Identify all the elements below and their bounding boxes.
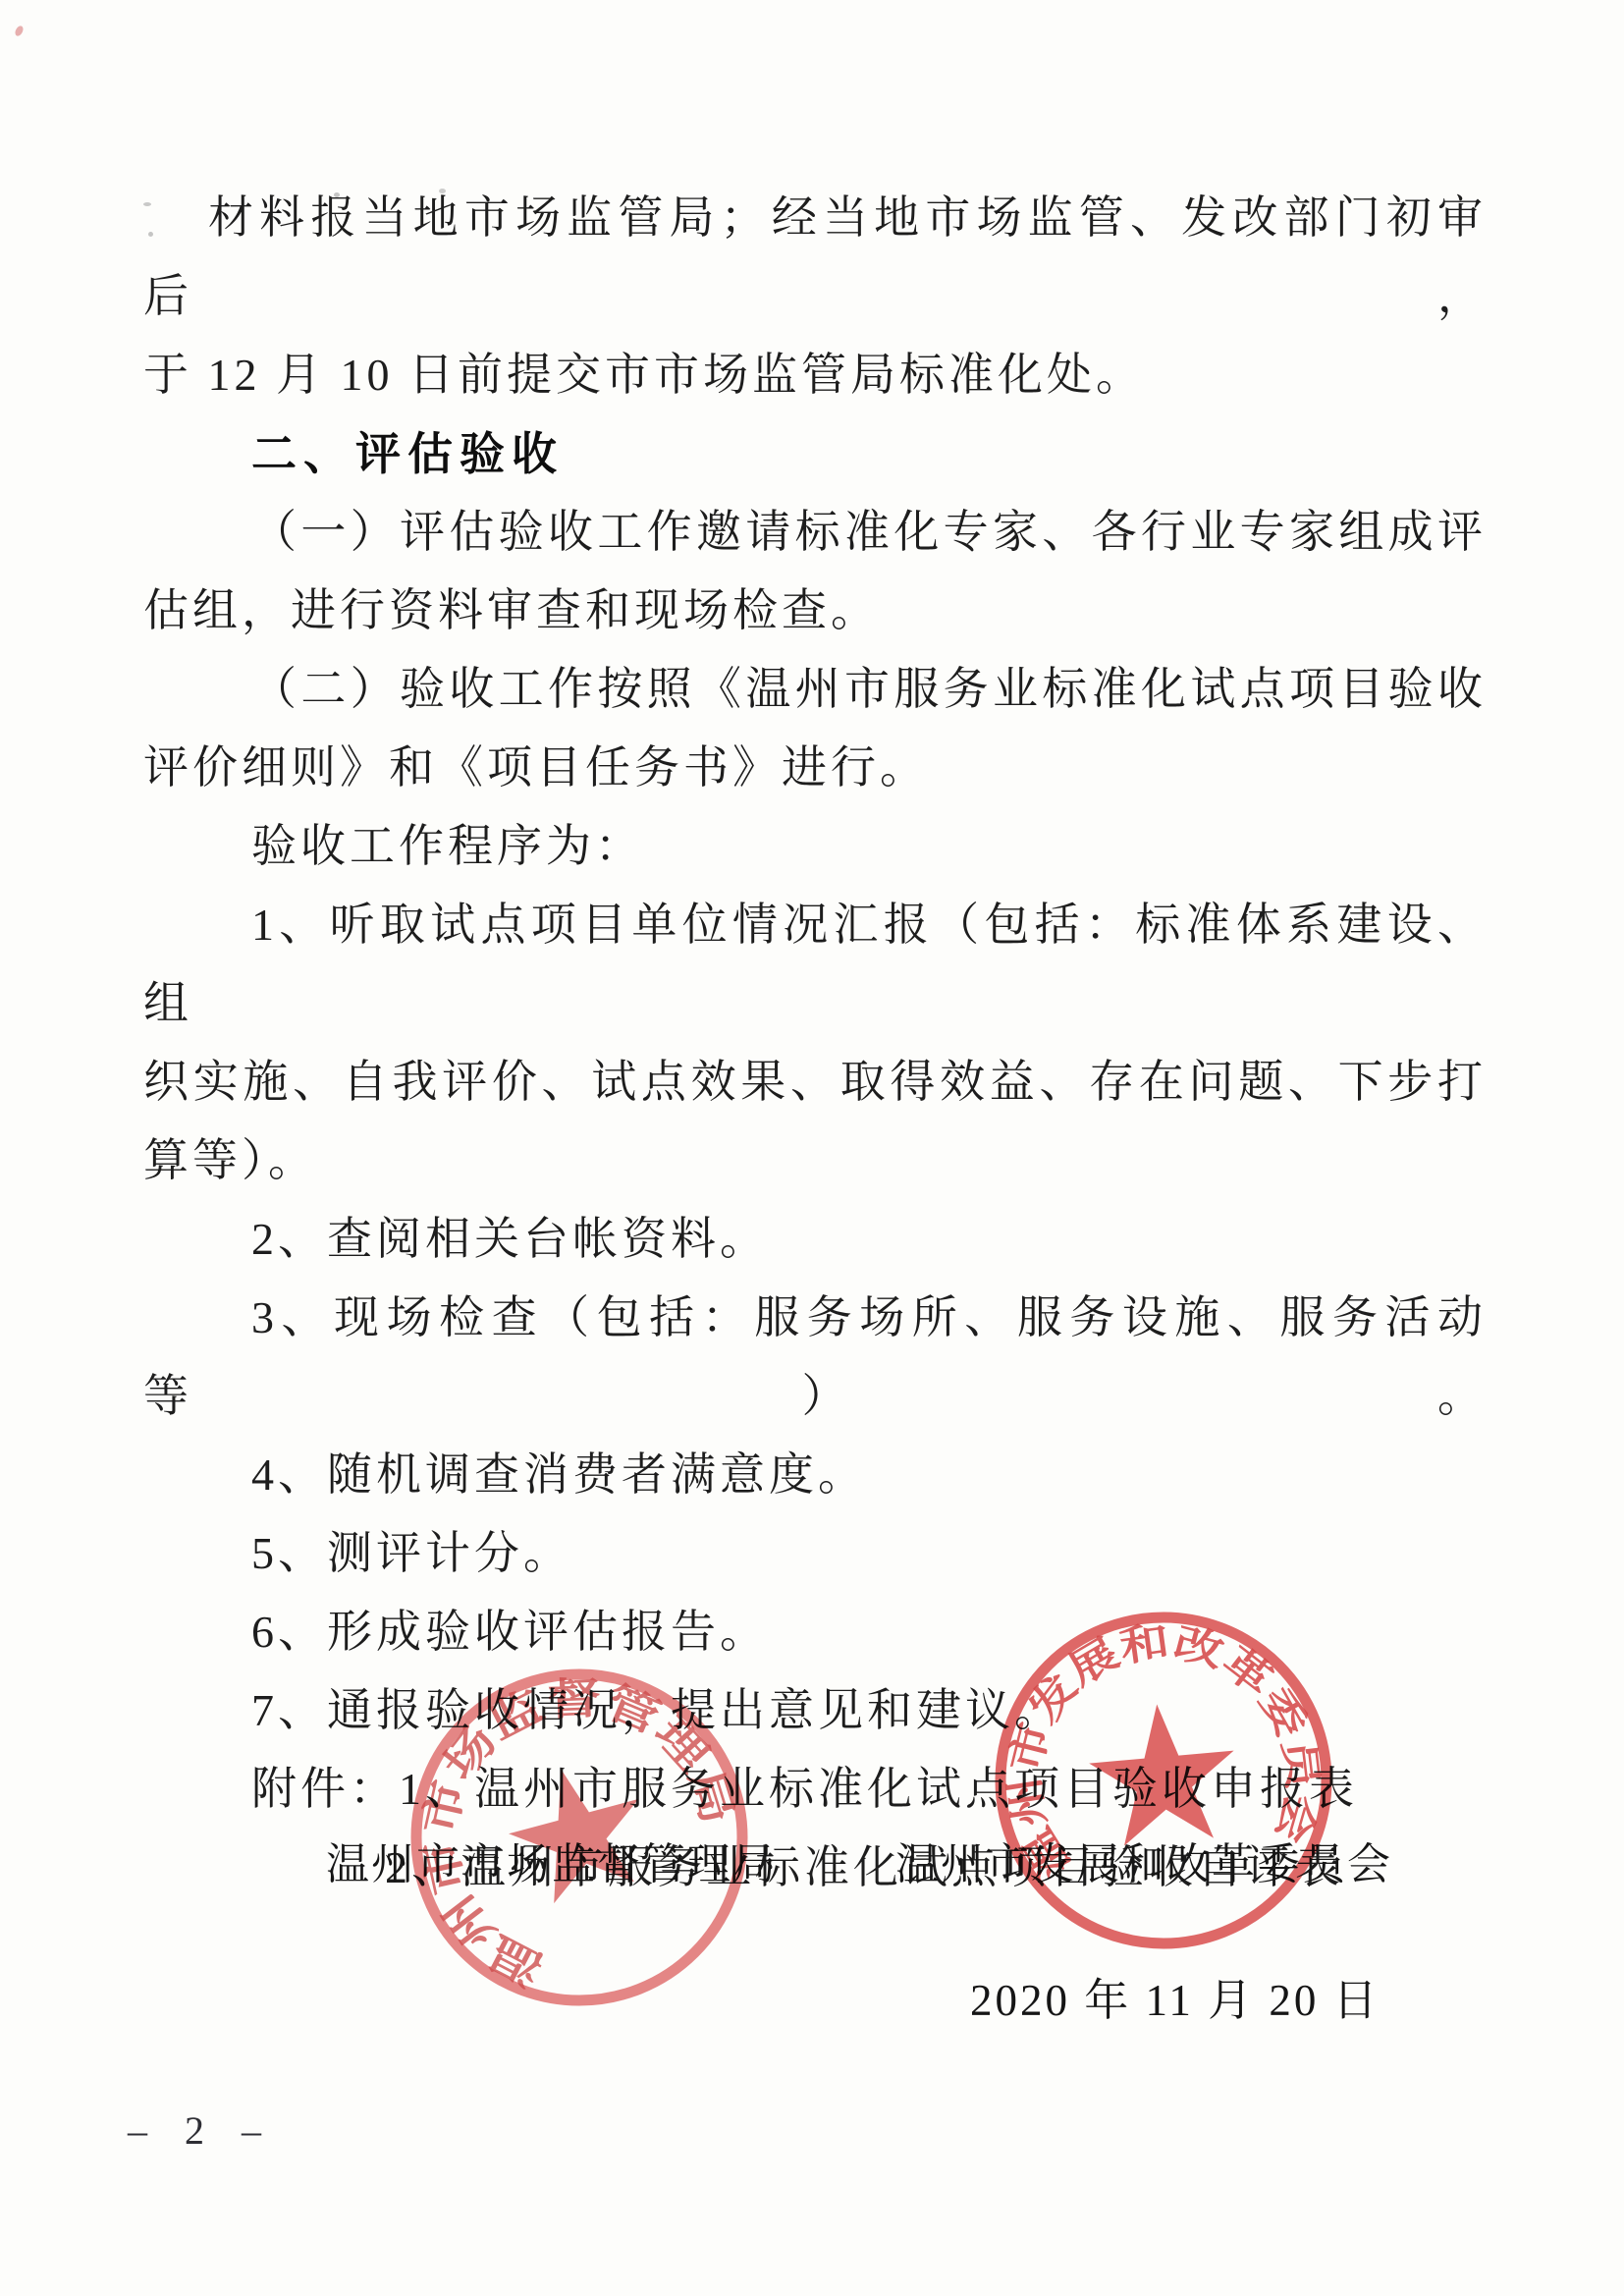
- document-date: 2020 年 11 月 20 日: [970, 1964, 1380, 2028]
- body-line: 验收工作程序为：: [143, 807, 1487, 886]
- seal-star: [1085, 1698, 1242, 1848]
- body-line: 估组，进行资料审查和现场检查。: [143, 572, 1487, 650]
- numbered-item: 1、听取试点项目单位情况汇报（包括：标准体系建设、组: [143, 886, 1487, 1043]
- body-line: 评价细则》和《项目任务书》进行。: [143, 729, 1487, 807]
- numbered-item: 4、随机调查消费者满意度。: [143, 1436, 1487, 1514]
- body-line: 织实施、自我评价、试点效果、取得效益、存在问题、下步打: [143, 1043, 1487, 1121]
- seal-star: [496, 1752, 659, 1910]
- numbered-item: 5、测评计分。: [143, 1514, 1487, 1593]
- numbered-item: 3、现场检查（包括：服务场所、服务设施、服务活动等）。: [143, 1279, 1487, 1436]
- page-number: – 2 –: [128, 2107, 275, 2154]
- section-heading: 二、评估验收: [143, 414, 1487, 493]
- scan-speck: [14, 25, 25, 37]
- official-seal-right: 温州市发展和改革委员会: [982, 1599, 1345, 1962]
- body-line: 材料报当地市场监管局；经当地市场监管、发改部门初审后，: [143, 179, 1487, 336]
- body-line: 算等）。: [143, 1121, 1487, 1200]
- official-seal-left: 温州市市场监督管理局: [398, 1656, 761, 2019]
- body-line: （二）验收工作按照《温州市服务业标准化试点项目验收: [143, 650, 1487, 729]
- body-line: 于 12 月 10 日前提交市市场监管局标准化处。: [143, 336, 1487, 414]
- body-line: （一）评估验收工作邀请标准化专家、各行业专家组成评: [143, 493, 1487, 572]
- numbered-item: 2、查阅相关台帐资料。: [143, 1200, 1487, 1279]
- scanned-document-page: 材料报当地市场监管局；经当地市场监管、发改部门初审后， 于 12 月 10 日前…: [0, 0, 1624, 2296]
